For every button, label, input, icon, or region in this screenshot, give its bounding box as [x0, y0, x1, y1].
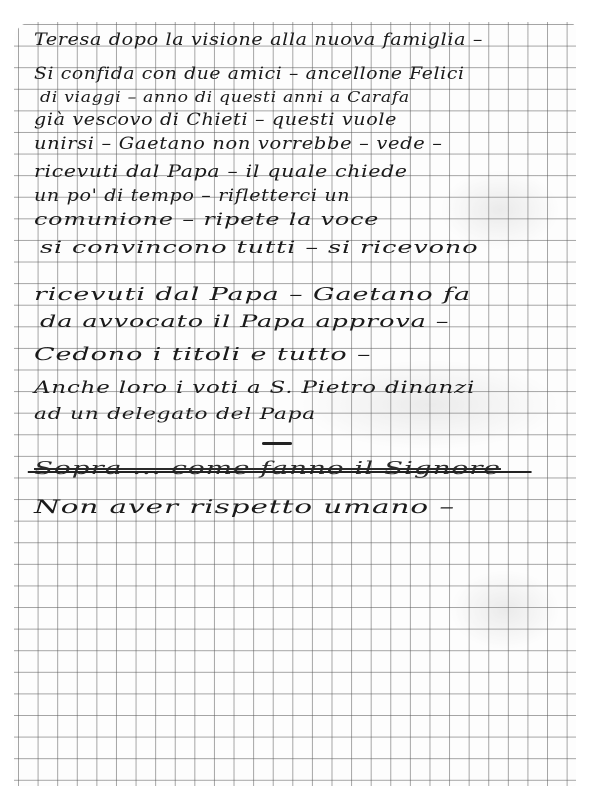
- handwritten-line: di viaggi – anno di questi anni a Carafa: [40, 88, 410, 106]
- handwritten-line: Anche loro i voti a S. Pietro dinanzi: [34, 378, 475, 398]
- handwritten-line: un po' di tempo – rifletterci un: [34, 186, 350, 206]
- handwritten-line: da avvocato il Papa approva –: [40, 312, 449, 332]
- handwritten-line: Teresa dopo la visione alla nuova famigl…: [34, 30, 483, 50]
- handwritten-line: Non aver rispetto umano –: [34, 496, 455, 518]
- handwritten-line: si convincono tutti – si ricevono: [40, 238, 478, 258]
- handwritten-line: ricevuti dal Papa – il quale chiede: [34, 162, 408, 182]
- handwritten-line: già vescovo di Chieti – questi vuole: [34, 110, 397, 130]
- handwritten-line: Cedono i titoli e tutto –: [34, 344, 371, 365]
- handwritten-line: ricevuti dal Papa – Gaetano fa: [34, 284, 471, 305]
- handwritten-line: comunione – ripete la voce: [34, 210, 379, 230]
- handwritten-line: Si confida con due amici – ancellone Fel…: [34, 64, 465, 84]
- underline-mark: [262, 442, 292, 445]
- handwritten-line: ad un delegato del Papa: [34, 404, 316, 423]
- struck-through-line: Sopra ... come fanno il Signore: [34, 458, 501, 479]
- handwritten-line: unirsi – Gaetano non vorrebbe – vede –: [34, 134, 443, 154]
- handwritten-text: Teresa dopo la visione alla nuova famigl…: [0, 0, 590, 793]
